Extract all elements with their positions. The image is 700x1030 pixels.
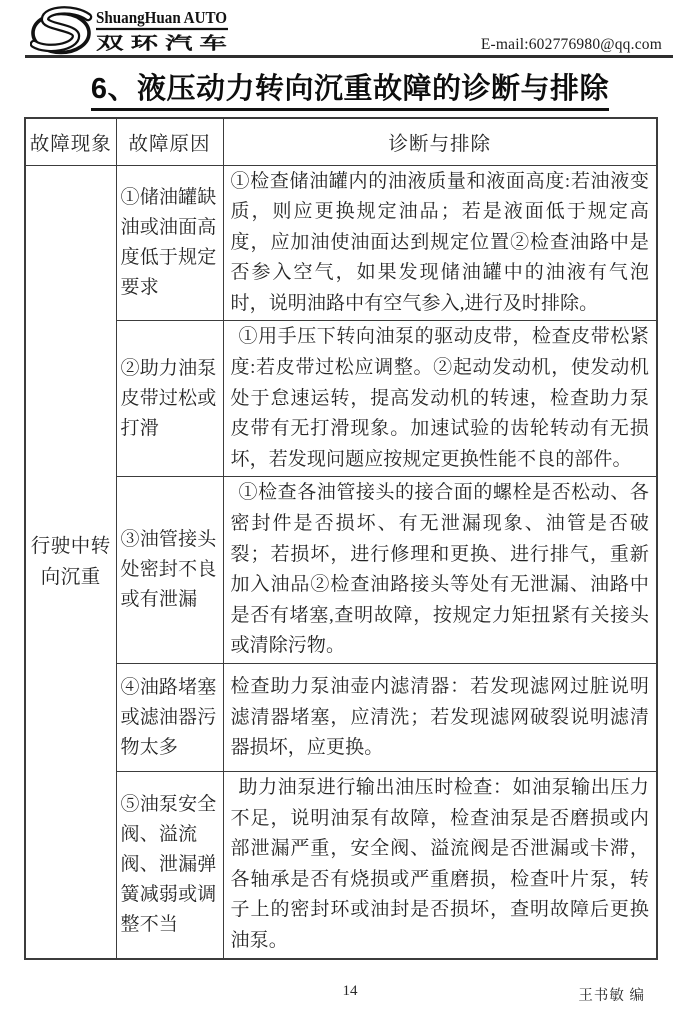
table-row: ⑤油泵安全阀、溢流阀、泄漏弹簧减弱或调整不当 助力油泵进行输出油压时检查：如油泵… [25,772,657,959]
diagnosis-cell-1: ①检查储油罐内的油液质量和液面高度:若油液变质，则应更换规定油品；若是液面低于规… [223,165,657,321]
brand-name-en: ShuangHuan AUTO [96,8,227,27]
fault-table: 故障现象 故障原因 诊断与排除 行驶中转向沉重 ①储油罐缺油或油面高度低于规定要… [24,117,658,960]
diagnosis-cell-2: ①用手压下转向油泵的驱动皮带，检查皮带松紧度:若皮带过松应调整。②起动发动机，使… [223,321,657,477]
cause-cell-1: ①储油罐缺油或油面高度低于规定要求 [116,165,223,321]
table-row: ④油路堵塞或滤油器污物太多 检查助力泵油壶内滤清器：若发现滤网过脏说明滤清器堵塞… [25,664,657,772]
col-header-diagnosis: 诊断与排除 [223,118,657,165]
document-page: ShuangHuan AUTO 双 环 汽 车 E-mail:602776980… [0,0,700,1030]
contact-email: E-mail:602776980@qq.com [481,36,662,54]
diagnosis-cell-4: 检查助力泵油壶内滤清器：若发现滤网过脏说明滤清器堵塞，应清洗；若发现滤网破裂说明… [223,664,657,772]
brand-name-cn: 双 环 汽 车 [96,33,227,53]
col-header-cause: 故障原因 [116,118,223,165]
phenomenon-cell: 行驶中转向沉重 [25,165,116,959]
title-row: 6、液压动力转向沉重故障的诊断与排除 [0,66,700,111]
diagnosis-cell-5: 助力油泵进行输出油压时检查：如油泵输出压力不足，说明油泵有故障，检查油泵是否磨损… [223,772,657,959]
diagnosis-cell-3: ①检查各油管接头的接合面的螺栓是否松动、各密封件是否损坏、有无泄漏现象、油管是否… [223,477,657,664]
table-header-row: 故障现象 故障原因 诊断与排除 [25,118,657,165]
cause-cell-3: ③油管接头处密封不良或有泄漏 [116,477,223,664]
cause-cell-5: ⑤油泵安全阀、溢流阀、泄漏弹簧减弱或调整不当 [116,772,223,959]
table-row: ②助力油泵皮带过松或打滑 ①用手压下转向油泵的驱动皮带，检查皮带松紧度:若皮带过… [25,321,657,477]
cause-cell-2: ②助力油泵皮带过松或打滑 [116,321,223,477]
page-title: 6、液压动力转向沉重故障的诊断与排除 [91,66,609,111]
header-divider [25,55,673,58]
col-header-phenomenon: 故障现象 [25,118,116,165]
cause-cell-4: ④油路堵塞或滤油器污物太多 [116,664,223,772]
table-row: 行驶中转向沉重 ①储油罐缺油或油面高度低于规定要求 ①检查储油罐内的油液质量和液… [25,165,657,321]
table-row: ③油管接头处密封不良或有泄漏 ①检查各油管接头的接合面的螺栓是否松动、各密封件是… [25,477,657,664]
shuanghuan-logo-icon: ShuangHuan AUTO 双 环 汽 车 [30,4,235,59]
editor-credit: 王书敏 编 [578,984,645,1005]
